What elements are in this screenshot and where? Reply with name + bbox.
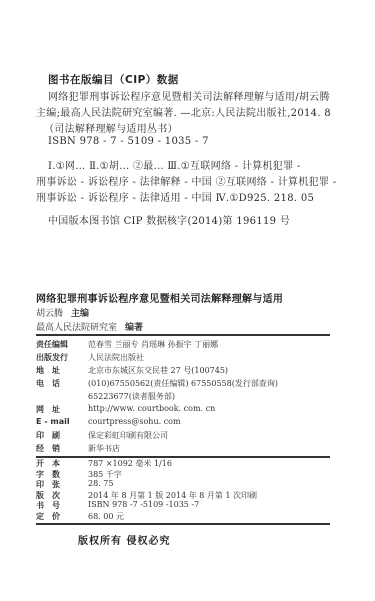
cip-line: 网络犯罪刑事诉讼程序意见暨相关司法解释理解与适用/胡云腾 <box>48 88 330 103</box>
publishing-row: 65223677(读者服务部) <box>36 391 175 402</box>
cip-catalog-number: 中国版本图书馆 CIP 数据核字(2014)第 196119 号 <box>48 212 290 227</box>
cip-heading: 图书在版编目（CIP）数据 <box>48 72 179 87</box>
compiler-name: 最高人民法院研究室 <box>36 323 117 333</box>
spec-row: 字 数385 千字 <box>36 469 122 480</box>
chief-editor: 胡云腾主编 <box>36 306 89 319</box>
divider <box>36 523 330 525</box>
cip-line: 主编;最高人民法院研究室编著. —北京:人民法院出版社,2014. 8 <box>36 104 331 119</box>
publishing-row: 责任编辑范春雪 兰丽专 肖瑶琳 孙振宇 丁丽娜 <box>36 339 218 350</box>
spec-row: 书 号ISBN 978 -7 -5109 -1035 -7 <box>36 500 199 511</box>
chief-editor-role: 主编 <box>71 309 89 319</box>
compiler-role: 编著 <box>125 323 143 333</box>
publishing-row: 地 址北京市东城区东交民巷 27 号(100745) <box>36 365 228 376</box>
chief-editor-name: 胡云腾 <box>36 309 63 319</box>
cip-isbn: ISBN 978 - 7 - 5109 - 1035 - 7 <box>48 136 209 147</box>
book-title: 网络犯罪刑事诉讼程序意见暨相关司法解释理解与适用 <box>36 290 283 305</box>
spec-row: 版 次2014 年 8 月第 1 版 2014 年 8 月第 1 次印刷 <box>36 490 257 501</box>
publishing-row: 电 话(010)67550562(责任编辑) 67550558(发行部查询) <box>36 378 278 389</box>
publishing-row: 网 址http://www. courtbook. com. cn <box>36 404 215 415</box>
rights-notice: 版权所有 侵权必究 <box>78 532 170 547</box>
cip-classification: 刑事诉讼 - 诉讼程序 - 法律适用 - 中国 Ⅳ.①D925. 218. 05 <box>36 189 314 204</box>
publishing-row: E - mailcourtpress@sohu. com <box>36 417 181 426</box>
cip-classification: Ⅰ.①网… Ⅱ.①胡… ②最… Ⅲ.①互联网络 - 计算机犯罪 - <box>48 157 301 172</box>
spec-row: 定 价68. 00 元 <box>36 511 124 522</box>
cip-line: （司法解释理解与适用丛书） <box>44 120 178 135</box>
publishing-row: 经 销新华书店 <box>36 443 120 454</box>
cip-classification: 刑事诉讼 - 诉讼程序 - 法律解释 - 中国 ②互联网络 - 计算机犯罪 - <box>36 173 336 188</box>
publishing-row: 印 刷保定彩虹印刷有限公司 <box>36 430 168 441</box>
spec-row: 印 张28. 75 <box>36 479 113 490</box>
compiler: 最高人民法院研究室编著 <box>36 320 143 333</box>
spec-row: 开 本787 ×1092 毫米 1/16 <box>36 458 172 469</box>
divider <box>36 334 330 336</box>
publishing-row: 出版发行人民法院出版社 <box>36 352 144 363</box>
